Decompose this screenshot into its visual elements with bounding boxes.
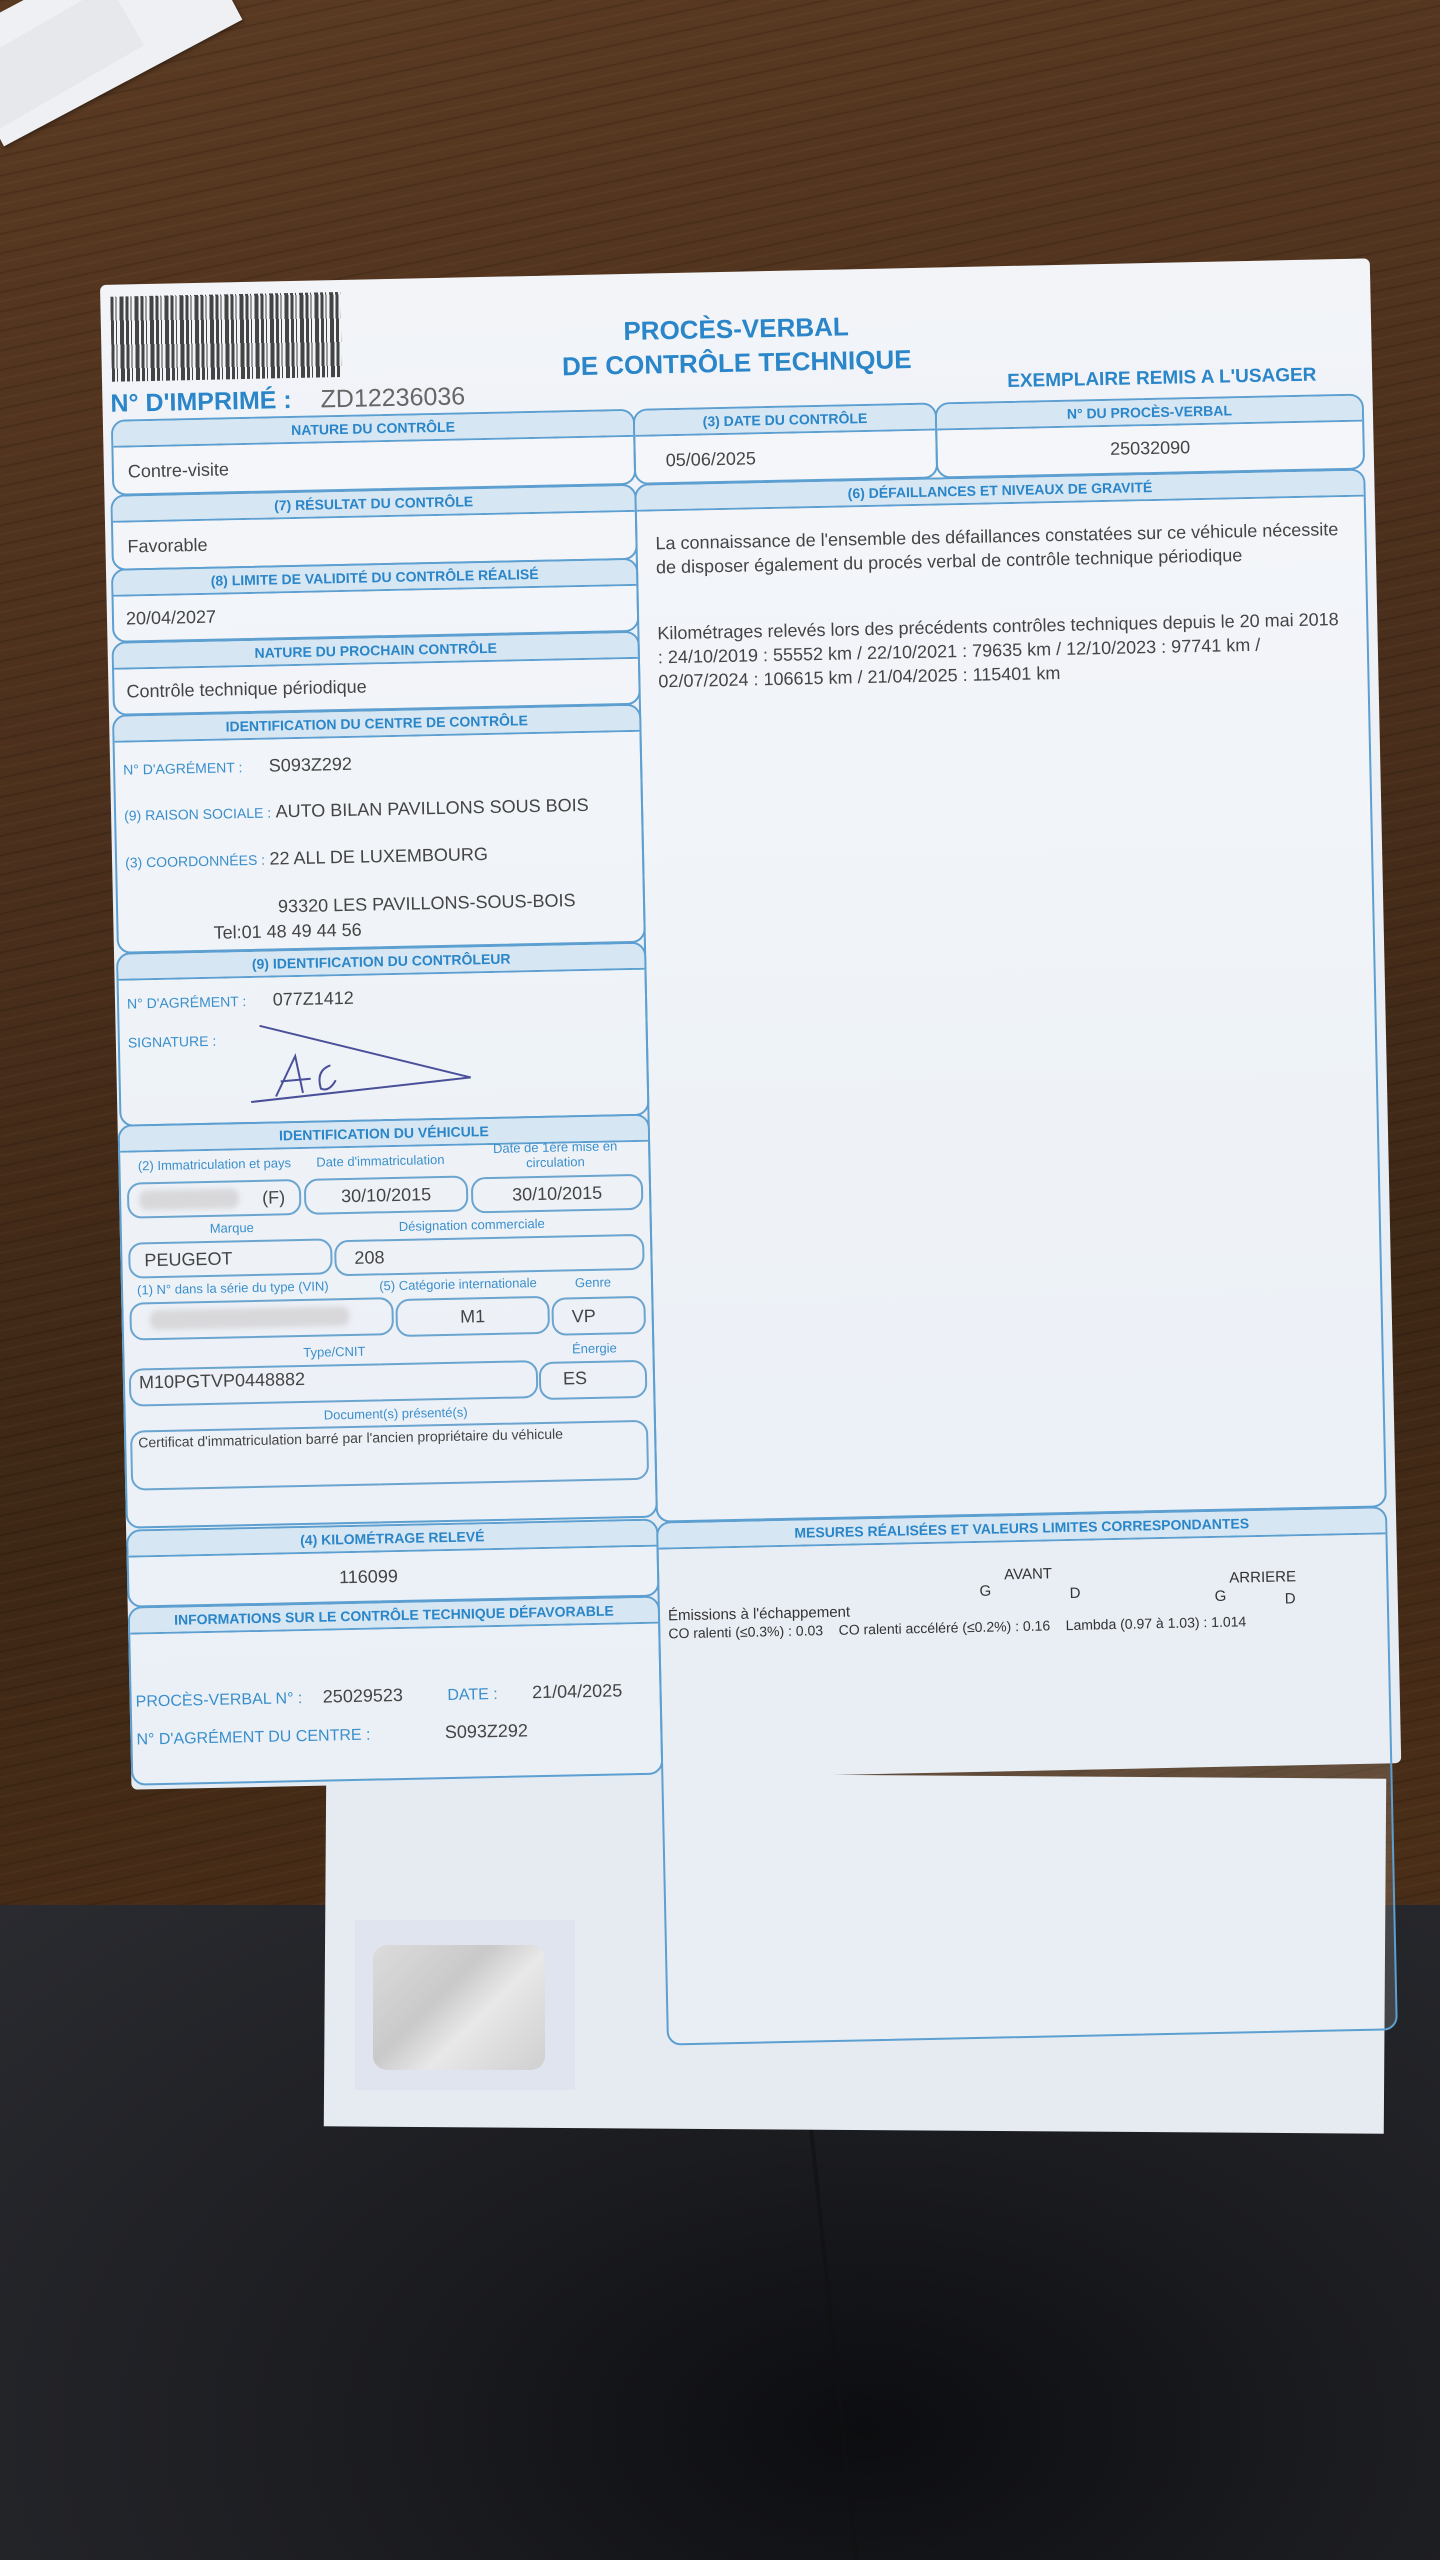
centre-box: IDENTIFICATION DU CENTRE DE CONTRÔLE N° …: [112, 704, 646, 954]
avant-d-label: D: [1069, 1585, 1080, 1602]
redacted-plate: [139, 1188, 239, 1210]
centre-raison-row: (9) RAISON SOCIALE : AUTO BILAN PAVILLON…: [124, 795, 589, 826]
date-immat-value: 30/10/2015: [306, 1178, 467, 1213]
energie-label: Énergie: [554, 1340, 634, 1357]
limite-validite-box: (8) LIMITE DE VALIDITÉ DU CONTRÔLE RÉALI…: [111, 558, 639, 643]
immat-field: (F): [127, 1179, 302, 1219]
envelope-window: [355, 1920, 575, 2090]
immat-label: (2) Immatriculation et pays: [124, 1155, 304, 1174]
resultat-box: (7) RÉSULTAT DU CONTRÔLE Favorable: [110, 484, 637, 571]
documents-field: Certificat d'immatriculation barré par l…: [130, 1420, 649, 1491]
designation-value: 208: [336, 1236, 643, 1274]
genre-label: Genre: [553, 1274, 633, 1291]
agrement-centre-label: N° D'AGRÉMENT DU CENTRE :: [136, 1727, 370, 1749]
document-sheet: PROCÈS-VERBAL DE CONTRÔLE TECHNIQUE N° D…: [100, 258, 1401, 1789]
phone-number: Tel:01 48 49 44 56: [213, 920, 362, 944]
type-label: Type/CNIT: [264, 1343, 404, 1361]
title-line-2: DE CONTRÔLE TECHNIQUE: [556, 342, 917, 384]
document-title: PROCÈS-VERBAL DE CONTRÔLE TECHNIQUE: [556, 308, 917, 384]
date-immat-label: Date d'immatriculation: [305, 1152, 455, 1170]
exemplaire-label: EXEMPLAIRE REMIS A L'USAGER: [1007, 365, 1317, 393]
energie-value: ES: [541, 1362, 646, 1394]
imprime-label: N° D'IMPRIMÉ :: [110, 386, 292, 418]
arriere-label: ARRIERE: [1229, 1568, 1296, 1586]
agrement-value: 077Z1412: [272, 988, 353, 1010]
vehicule-box: IDENTIFICATION DU VÉHICULE (2) Immatricu…: [118, 1114, 658, 1529]
defavorable-agrement-row: N° D'AGRÉMENT DU CENTRE : S093Z292: [136, 1720, 528, 1749]
imprime-value: ZD12236036: [320, 382, 465, 413]
date-mise-circ-label: Date de 1ère mise en circulation: [480, 1138, 631, 1171]
barcode: [110, 292, 342, 382]
nature-controle-box: NATURE DU CONTRÔLE Contre-visite: [111, 409, 636, 496]
centre-agrement-row: N° D'AGRÉMENT : S093Z292: [123, 754, 352, 780]
type-value: M10PGTVP0448882: [131, 1362, 536, 1394]
categorie-label: (5) Catégorie internationale: [373, 1275, 543, 1294]
raison-label: (9) RAISON SOCIALE :: [124, 805, 271, 824]
agrement-value: S093Z292: [269, 754, 352, 776]
date-mise-circ-field: 30/10/2015: [471, 1174, 644, 1214]
inspection-document: PROCÈS-VERBAL DE CONTRÔLE TECHNIQUE N° D…: [0, 0, 1440, 2560]
agrement-centre-value: S093Z292: [445, 1720, 528, 1742]
controleur-agrement-row: N° D'AGRÉMENT : 077Z1412: [127, 988, 354, 1014]
date-controle-box: (3) DATE DU CONTRÔLE 05/06/2025: [633, 403, 939, 485]
raison-value: AUTO BILAN PAVILLONS SOUS BOIS: [275, 795, 588, 822]
categorie-field: M1: [395, 1296, 550, 1337]
designation-label: Désignation commerciale: [372, 1215, 572, 1234]
coordonnees-label: (3) COORDONNÉES :: [125, 852, 265, 871]
centre-address-row: (3) COORDONNÉES : 22 ALL DE LUXEMBOURG: [125, 844, 488, 873]
signature-label: SIGNATURE :: [128, 1033, 217, 1051]
defaillances-box: (6) DÉFAILLANCES ET NIVEAUX DE GRAVITÉ L…: [634, 469, 1387, 1523]
marque-label: Marque: [182, 1219, 282, 1236]
avant-g-label: G: [979, 1583, 991, 1600]
pv-label: PROCÈS-VERBAL N° :: [136, 1690, 303, 1710]
marque-field: PEUGEOT: [128, 1238, 333, 1278]
documents-value: Certificat d'immatriculation barré par l…: [132, 1422, 646, 1453]
defavorable-pv-row: PROCÈS-VERBAL N° : 25029523 DATE : 21/04…: [135, 1680, 622, 1711]
date-label: DATE :: [447, 1686, 498, 1704]
energie-field: ES: [539, 1360, 648, 1400]
mesures-box: MESURES RÉALISÉES ET VALEURS LIMITES COR…: [656, 1506, 1398, 2045]
prochain-controle-box: NATURE DU PROCHAIN CONTRÔLE Contrôle tec…: [111, 631, 640, 716]
controleur-box: (9) IDENTIFICATION DU CONTRÔLEUR N° D'AG…: [116, 942, 650, 1127]
marque-value: PEUGEOT: [130, 1240, 331, 1276]
immat-country: (F): [262, 1187, 285, 1208]
date-value: 21/04/2025: [532, 1680, 622, 1702]
window-glass: [373, 1945, 545, 2070]
kilometrage-box: (4) KILOMÉTRAGE RELEVÉ 116099: [126, 1519, 660, 1608]
documents-label: Document(s) présenté(s): [286, 1404, 506, 1424]
date-immat-field: 30/10/2015: [304, 1175, 469, 1214]
kilometrage-history: Kilométrages relevés lors des précédents…: [638, 565, 1367, 694]
arriere-g-label: G: [1215, 1588, 1227, 1605]
pv-value: 25029523: [323, 1685, 403, 1707]
categorie-value: M1: [397, 1298, 548, 1335]
agrement-label: N° D'AGRÉMENT :: [127, 993, 247, 1011]
genre-field: VP: [551, 1296, 646, 1336]
defavorable-box: INFORMATIONS SUR LE CONTRÔLE TECHNIQUE D…: [128, 1596, 664, 1786]
vin-label: (1) N° dans la série du type (VIN): [137, 1278, 367, 1298]
agrement-label: N° D'AGRÉMENT :: [123, 759, 243, 777]
address-line-2: 93320 LES PAVILLONS-SOUS-BOIS: [278, 890, 576, 917]
numero-pv-value: 25032090: [937, 422, 1363, 476]
address-line-1: 22 ALL DE LUXEMBOURG: [269, 844, 488, 869]
date-mise-circ-value: 30/10/2015: [473, 1176, 642, 1212]
genre-value: VP: [553, 1298, 644, 1334]
redacted-vin: [149, 1306, 349, 1330]
signature-icon: [219, 1017, 481, 1112]
numero-pv-box: N° DU PROCÈS-VERBAL 25032090: [935, 394, 1365, 479]
vin-field: [129, 1297, 394, 1341]
type-field: M10PGTVP0448882: [129, 1360, 539, 1407]
avant-label: AVANT: [1004, 1565, 1052, 1583]
arriere-d-label: D: [1285, 1590, 1296, 1607]
designation-field: 208: [334, 1234, 645, 1276]
